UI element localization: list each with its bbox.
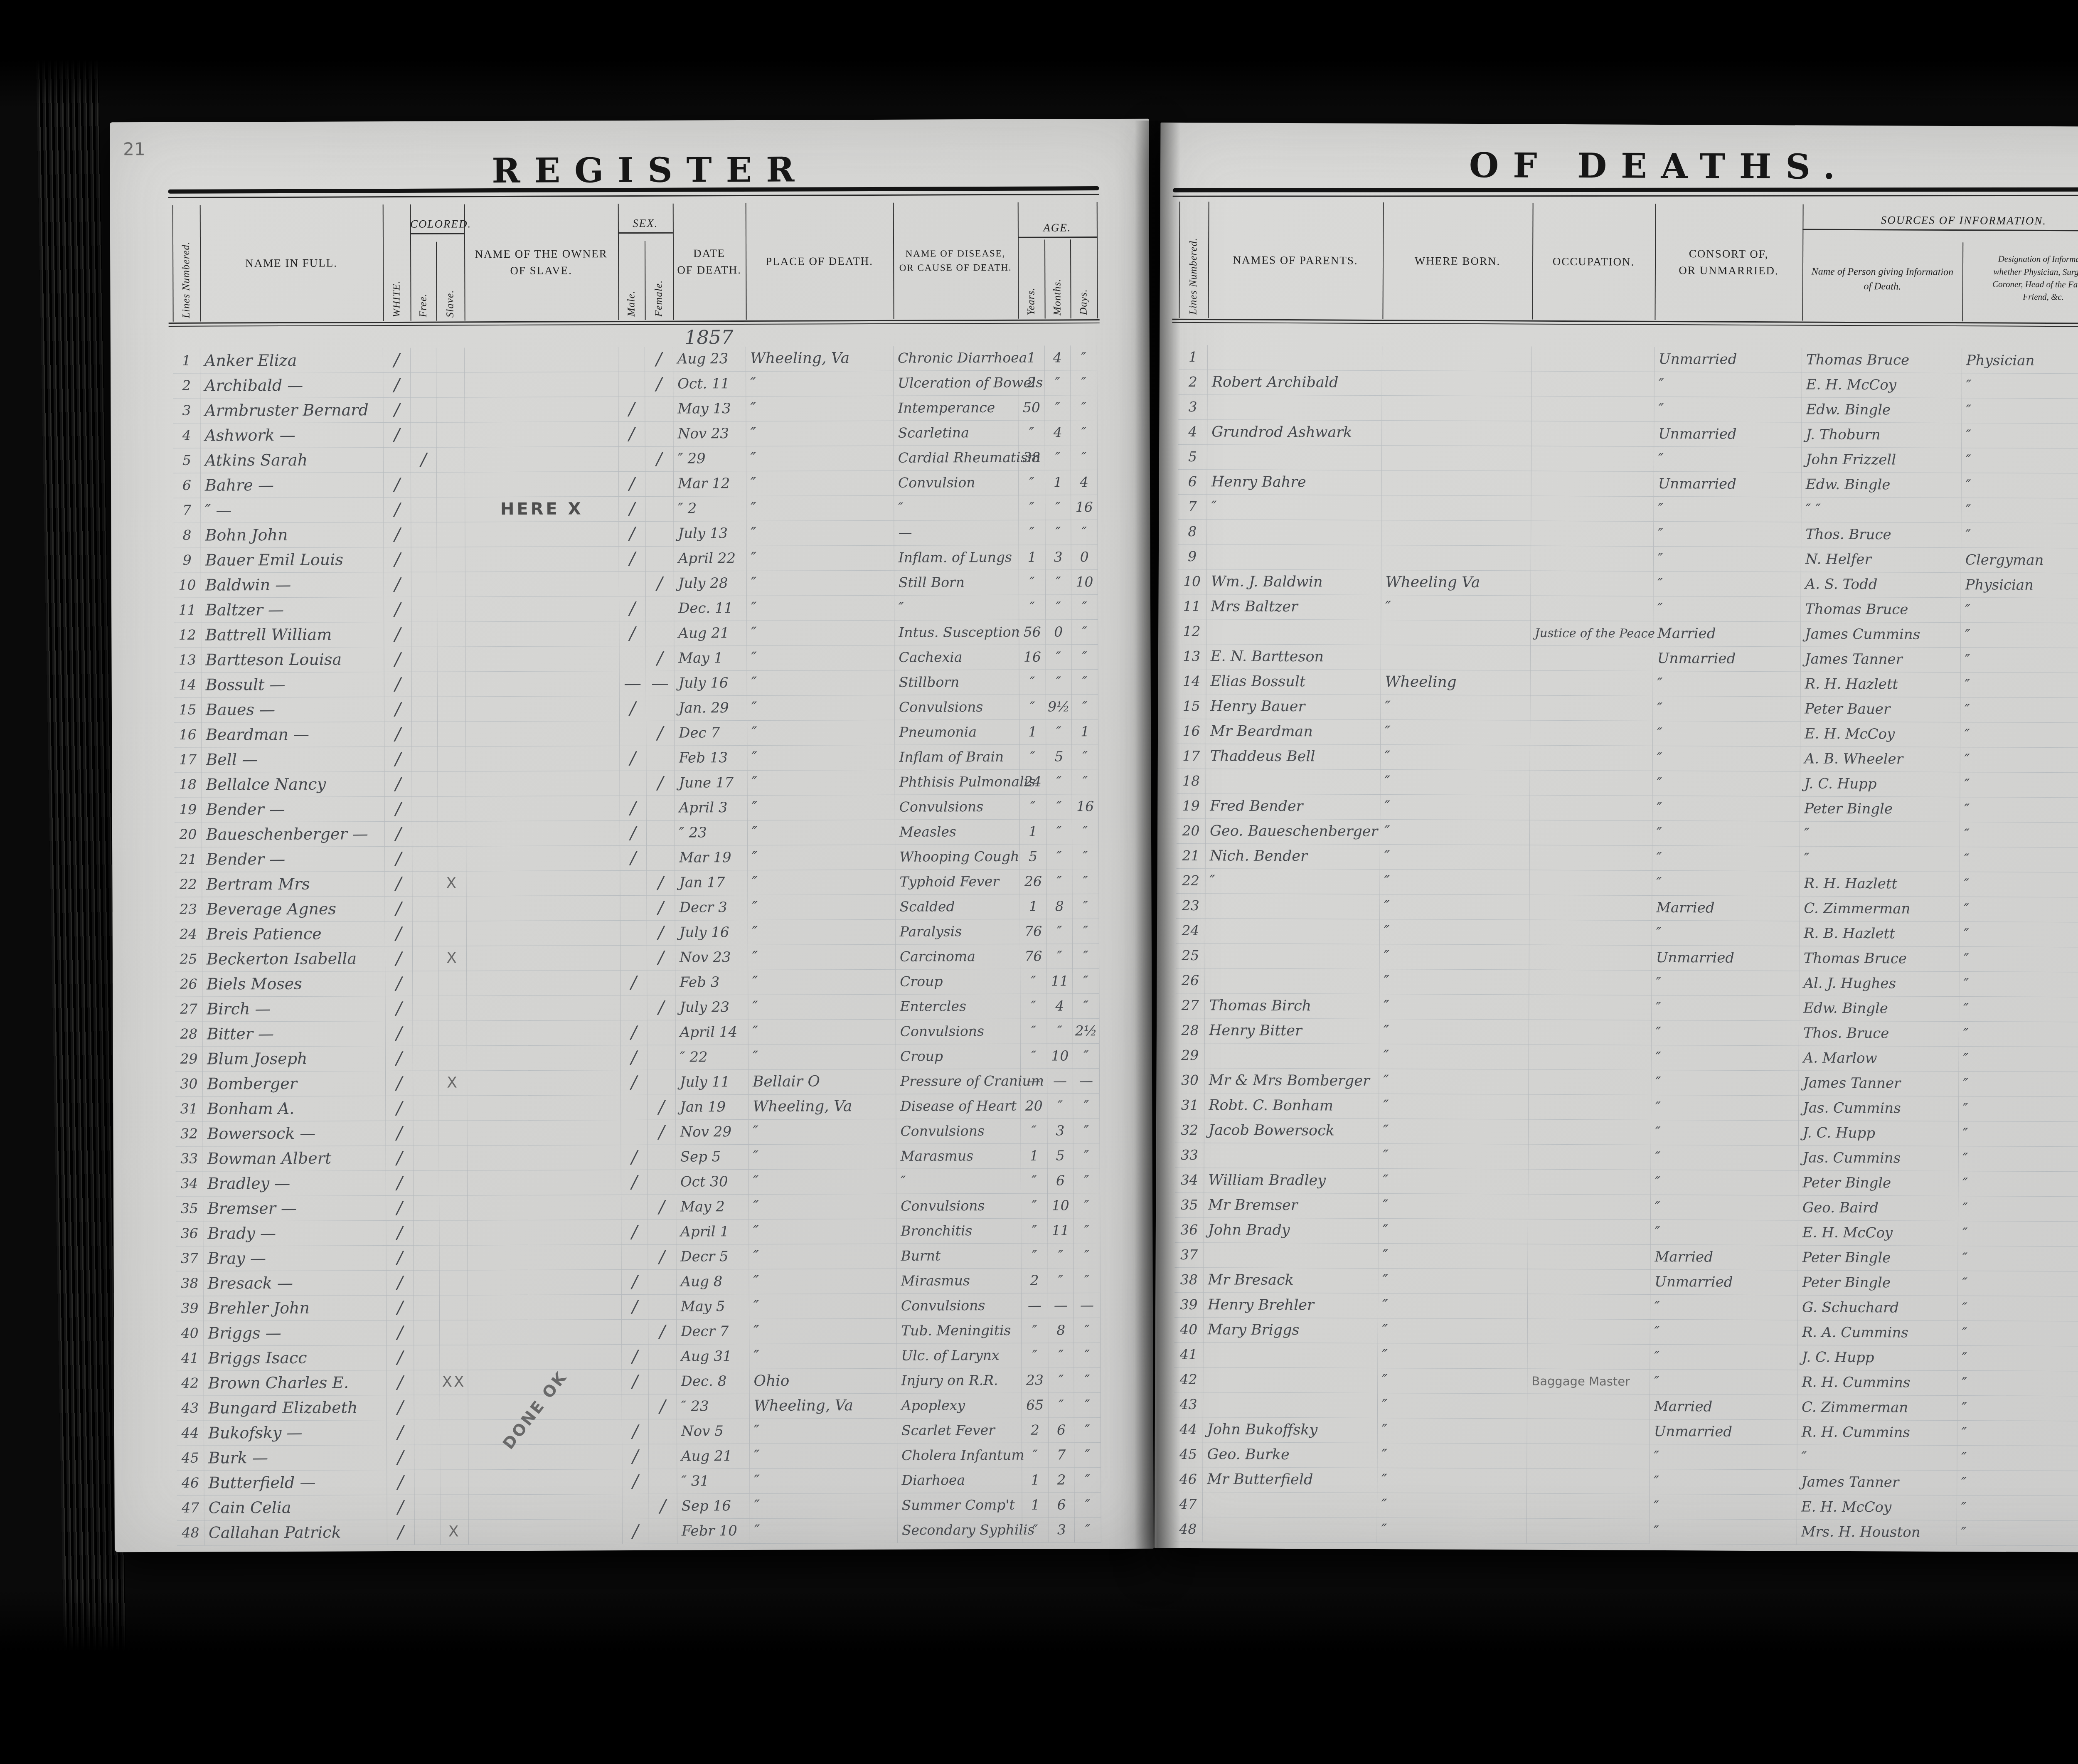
cell-des: ″: [1957, 1346, 2078, 1372]
cell-occ: [1531, 646, 1653, 671]
cell-f: [411, 622, 437, 647]
cell-con: Unmarried: [1654, 422, 1802, 448]
cell-m: [621, 1120, 648, 1145]
cell-f: [411, 373, 436, 398]
cell-ad: ″: [1071, 595, 1098, 620]
cell-am: 10: [1048, 1193, 1073, 1218]
cell-own: [466, 746, 620, 771]
cell-dis: Convulsions: [896, 1194, 1021, 1219]
cell-fe: [648, 1070, 676, 1095]
cell-born: ″: [1380, 894, 1529, 920]
cell-ad: ″: [1073, 1119, 1100, 1143]
cell-inf: Jas. Cummins: [1799, 1096, 1959, 1121]
cell-n: 12: [174, 623, 201, 648]
cell-occ: [1529, 945, 1652, 971]
cell-n: 16: [1177, 719, 1206, 744]
cell-inf: James Cummins: [1801, 622, 1961, 648]
cell-fe: /: [646, 646, 674, 671]
cell-dis: Cachexia: [894, 645, 1019, 670]
cell-inf: Thos. Bruce: [1801, 522, 1961, 548]
cell-f: [412, 722, 438, 747]
cell-occ: [1528, 1269, 1650, 1295]
thin-rule-right: [1173, 195, 2078, 197]
cell-date: June 17: [675, 771, 747, 796]
cell-ad: 0: [1071, 545, 1098, 570]
cell-fe: /: [647, 896, 675, 921]
cell-f: [413, 1071, 439, 1096]
col-owner-of-slave: NAME OF THE OWNER OF SLAVE.: [464, 204, 618, 320]
cell-am: ″: [1046, 719, 1072, 744]
cell-inf: Peter Bingle: [1800, 796, 1960, 822]
cell-par: Henry Bitter: [1205, 1018, 1379, 1044]
cell-par: [1207, 445, 1382, 471]
cell-fe: [646, 621, 674, 646]
cell-fe: /: [647, 921, 675, 946]
cell-own: [465, 397, 618, 422]
cell-s: [439, 1195, 468, 1220]
cell-name: Archibald —: [200, 373, 383, 399]
cell-n: 13: [1177, 644, 1206, 669]
cell-m: /: [619, 596, 646, 621]
cell-des: ″: [1962, 373, 2078, 399]
cell-m: /: [621, 1045, 648, 1070]
cell-date: Febr 10: [677, 1519, 750, 1544]
cell-w: /: [385, 971, 413, 996]
cell-ay: 24: [1019, 770, 1046, 795]
cell-n: 24: [1176, 919, 1205, 944]
cell-des: ″: [1962, 448, 2078, 474]
cell-name: Callahan Patrick: [204, 1520, 387, 1546]
cell-ad: ″: [1073, 1193, 1100, 1218]
cell-par: Grundrod Ashwark: [1207, 420, 1382, 446]
cell-n: 20: [175, 823, 202, 848]
cell-am: 7: [1049, 1443, 1074, 1468]
cell-name: Bomberger: [203, 1071, 386, 1097]
cell-inf: Peter Bingle: [1798, 1170, 1958, 1196]
cell-s: [436, 347, 465, 372]
cell-name: Bresack —: [204, 1271, 387, 1296]
cell-occ: [1532, 372, 1655, 397]
cell-date: May 13: [673, 397, 746, 422]
cell-n: 1: [173, 349, 200, 374]
col-slave: Slave.: [436, 234, 465, 317]
cell-ad: ″: [1073, 1094, 1100, 1119]
cell-born: ″: [1378, 1269, 1528, 1294]
cell-n: 14: [1177, 669, 1206, 694]
cell-name: Burk —: [204, 1445, 387, 1471]
register-left-page: 21 REGISTER Lines Numbered. NAME IN FULL…: [110, 119, 1154, 1552]
cell-occ: [1529, 920, 1652, 946]
cell-own: [465, 522, 619, 547]
cell-n: 3: [1178, 395, 1207, 420]
cell-date: April 22: [674, 546, 747, 572]
cell-n: 17: [1177, 744, 1206, 769]
cell-dis: Pneumonia: [895, 720, 1019, 745]
cell-ad: ″: [1074, 1318, 1101, 1343]
cell-occ: [1529, 1095, 1651, 1120]
cell-am: ″: [1048, 1343, 1074, 1368]
cell-par: [1207, 544, 1381, 570]
cell-name: Beardman —: [202, 722, 384, 748]
cell-ad: ″: [1072, 695, 1098, 719]
cell-dis: Croup: [896, 1044, 1021, 1069]
cell-born: ″: [1379, 1094, 1529, 1120]
cell-des: ″: [1960, 722, 2078, 748]
cell-con: ″: [1651, 1120, 1799, 1146]
cell-ay: ″: [1021, 1019, 1047, 1044]
cell-w: /: [384, 423, 411, 448]
cell-name: Bowman Albert: [203, 1146, 386, 1172]
cell-pl: ″: [750, 1493, 898, 1519]
cell-occ: [1529, 995, 1652, 1020]
cell-des: ″: [1961, 648, 2078, 673]
cell-ay: ″: [1021, 1194, 1048, 1219]
cell-m: [621, 1195, 648, 1220]
register-right-page: OF DEATHS. Lines Numbered. NAMES OF PARE…: [1155, 123, 2078, 1553]
cell-fe: /: [649, 1394, 677, 1419]
cell-des: ″: [1959, 1096, 2078, 1122]
cell-m: [620, 771, 646, 796]
cell-pl: ″: [748, 1119, 896, 1145]
cell-con: ″: [1653, 596, 1801, 622]
cell-par: ″: [1207, 495, 1381, 520]
cell-des: ″: [1957, 1371, 2078, 1397]
cell-born: ″: [1378, 1393, 1527, 1419]
cell-m: [618, 347, 645, 372]
cell-occ: [1531, 471, 1654, 497]
cell-m: /: [619, 497, 645, 522]
cell-par: [1204, 1143, 1379, 1169]
cell-f: [414, 1196, 439, 1221]
cell-own: [468, 1195, 621, 1220]
cell-name: Briggs Isacc: [204, 1345, 387, 1371]
cell-born: ″: [1379, 1194, 1528, 1220]
cell-occ: [1527, 1394, 1650, 1419]
cell-occ: Baggage Master: [1527, 1369, 1650, 1394]
cell-dis: Scarletina: [894, 421, 1019, 446]
cell-par: [1205, 894, 1380, 919]
cell-ay: 76: [1020, 919, 1047, 944]
cell-con: Married: [1650, 1245, 1798, 1271]
cell-con: ″: [1654, 447, 1802, 473]
cell-name: Bukofsky —: [204, 1420, 387, 1446]
cell-n: 13: [174, 648, 201, 673]
cell-dis: ″: [896, 1169, 1021, 1194]
cell-am: ″: [1047, 919, 1073, 944]
cell-par: [1203, 1392, 1378, 1418]
cell-par: John Brady: [1204, 1218, 1379, 1244]
col-years: Years.: [1018, 232, 1045, 315]
cell-ay: 1: [1021, 1144, 1048, 1169]
cell-con: ″: [1650, 1320, 1798, 1345]
cell-w: /: [386, 1146, 414, 1171]
cell-m: —: [620, 671, 646, 696]
col-where-born: WHERE BORN.: [1382, 202, 1532, 320]
cell-pl: ″: [747, 745, 895, 771]
cell-fe: /: [648, 1095, 676, 1120]
cell-s: [437, 422, 465, 447]
cell-pl: ″: [749, 1169, 896, 1195]
cell-occ: [1530, 721, 1653, 746]
cell-fe: /: [645, 447, 674, 472]
photo-of-register-book: 21 REGISTER Lines Numbered. NAME IN FULL…: [0, 0, 2078, 1764]
cell-w: /: [385, 797, 412, 822]
cell-date: April 3: [675, 796, 748, 821]
cell-name: Bertram Mrs: [202, 872, 385, 897]
cell-ay: ″: [1022, 1443, 1049, 1468]
cell-s: [440, 1420, 468, 1445]
cell-name: Brown Charles E.: [204, 1370, 387, 1396]
cell-own: [469, 1494, 623, 1520]
cell-am: ″: [1046, 819, 1072, 844]
cell-ay: ″: [1021, 1244, 1048, 1269]
cell-am: 6: [1049, 1418, 1074, 1443]
cell-con: ″: [1651, 1070, 1799, 1096]
cell-ay: 1: [1020, 820, 1046, 845]
cell-inf: James Tanner: [1797, 1470, 1957, 1495]
cell-ay: ″: [1019, 595, 1046, 620]
cell-inf: R. H. Cummins: [1797, 1420, 1957, 1446]
cell-n: 16: [174, 723, 202, 748]
cell-name: Anker Eliza: [200, 348, 383, 374]
cell-des: ″: [1962, 473, 2078, 499]
col-male: Male.: [618, 234, 645, 317]
cell-inf: Peter Bingle: [1798, 1270, 1958, 1296]
cell-f: [411, 597, 437, 622]
cell-dis: Convulsions: [896, 1019, 1021, 1045]
cell-own: [465, 447, 619, 472]
cell-con: ″: [1654, 497, 1801, 522]
cell-occ: [1527, 1344, 1650, 1370]
cell-ay: ″: [1021, 1119, 1047, 1144]
cell-fe: [648, 1045, 676, 1070]
cell-con: ″: [1653, 671, 1800, 697]
cell-w: /: [387, 1296, 414, 1321]
right-table-header: Lines Numbered. NAMES OF PARENTS. WHERE …: [1179, 202, 2078, 322]
cell-occ: [1531, 421, 1654, 447]
cell-ay: ″: [1020, 795, 1046, 820]
cell-ad: ″: [1071, 370, 1097, 395]
cell-w: /: [385, 921, 413, 946]
cell-ay: —: [1021, 1069, 1047, 1094]
cell-con: ″: [1650, 1295, 1798, 1321]
cell-ad: ″: [1072, 744, 1098, 769]
cell-s: [438, 746, 466, 771]
cell-n: 21: [175, 848, 202, 872]
cell-pl: ″: [749, 1219, 896, 1244]
cell-fe: [648, 1295, 677, 1320]
cell-ay: 1: [1019, 720, 1046, 745]
cell-n: 23: [175, 897, 202, 922]
cell-inf: ″: [1800, 821, 1960, 847]
cell-born: [1381, 645, 1531, 671]
cell-date: Decr 3: [675, 895, 748, 921]
cell-w: /: [384, 597, 411, 622]
heavy-rule-right: [1173, 187, 2078, 192]
cell-date: April 14: [676, 1020, 748, 1045]
cell-ad: 2½: [1073, 1019, 1100, 1044]
cell-name: Bonham A.: [203, 1096, 386, 1122]
cell-date: Jan 17: [675, 870, 748, 896]
cell-own: [466, 846, 620, 871]
cell-pl: Wheeling, Va: [748, 1094, 896, 1120]
cell-des: ″: [1958, 1321, 2078, 1347]
col-months: Months.: [1044, 232, 1071, 315]
cell-f: [414, 1171, 439, 1196]
cell-con: ″: [1652, 796, 1800, 822]
cell-n: 40: [176, 1321, 204, 1346]
cell-fe: [648, 1145, 676, 1170]
cell-ay: 1: [1022, 1468, 1049, 1493]
cell-ad: 16: [1072, 794, 1099, 819]
cell-ad: ″: [1072, 819, 1099, 844]
cell-des: ″: [1959, 1121, 2078, 1147]
cell-con: ″: [1654, 547, 1801, 572]
cell-occ: [1527, 1519, 1650, 1544]
cell-ad: —: [1074, 1293, 1101, 1318]
cell-ay: ″: [1019, 471, 1045, 495]
cell-ay: ″: [1020, 969, 1047, 994]
cell-des: ″: [1961, 623, 2078, 648]
cell-inf: ″: [1797, 1445, 1957, 1471]
cell-m: /: [619, 522, 645, 547]
cell-w: /: [387, 1370, 414, 1395]
cell-fe: [648, 1370, 677, 1394]
cell-n: 27: [175, 997, 202, 1022]
cell-par: Elias Bossult: [1206, 669, 1381, 695]
cell-own: [466, 871, 620, 896]
cell-w: /: [387, 1495, 415, 1520]
cell-name: Bahre —: [201, 473, 384, 498]
cell-fe: [645, 472, 674, 497]
cell-m: /: [620, 696, 646, 721]
cell-par: Thaddeus Bell: [1206, 744, 1381, 770]
cell-f: [413, 897, 438, 921]
cell-des: ″: [1959, 1072, 2078, 1097]
cell-con: ″: [1651, 1145, 1799, 1171]
cell-ay: ″: [1019, 745, 1046, 770]
cell-des: ″: [1958, 1171, 2078, 1197]
cell-des: ″: [1957, 1520, 2078, 1546]
cell-f: [412, 672, 438, 697]
cell-con: ″: [1652, 995, 1799, 1021]
cell-dis: Intemperance: [894, 396, 1018, 421]
cell-f: [414, 1321, 440, 1345]
cell-ad: ″: [1075, 1518, 1101, 1542]
cell-fe: [645, 522, 674, 547]
cell-n: 18: [1177, 769, 1206, 794]
cell-am: 0: [1046, 620, 1071, 645]
cell-own: [465, 646, 619, 672]
col-female: Female.: [645, 234, 673, 317]
cell-ay: ″: [1022, 1318, 1048, 1343]
cell-inf: Thomas Bruce: [1800, 946, 1960, 972]
cell-fe: [649, 1519, 677, 1544]
cell-s: [437, 547, 465, 572]
cell-inf: James Tanner: [1801, 647, 1961, 673]
cell-inf: Peter Bauer: [1800, 697, 1960, 722]
cell-own: [467, 921, 620, 946]
cell-pl: ″: [748, 895, 896, 920]
cell-born: ″: [1380, 944, 1529, 970]
cell-born: ″: [1379, 1044, 1529, 1070]
cell-des: ″: [1959, 1047, 2078, 1072]
cell-born: ″: [1379, 1219, 1528, 1244]
cell-born: ″: [1377, 1468, 1527, 1494]
cell-con: ″: [1650, 1345, 1797, 1370]
cell-fe: [645, 497, 674, 522]
cell-born: [1382, 346, 1532, 372]
cell-am: ″: [1046, 769, 1072, 794]
cell-pl: ″: [747, 546, 894, 571]
cell-own: [467, 995, 620, 1021]
cell-own: [465, 621, 619, 647]
cell-ad: ″: [1074, 1393, 1101, 1418]
cell-occ: [1529, 1020, 1652, 1045]
cell-inf: R. H. Hazlett: [1800, 871, 1960, 897]
cell-am: ″: [1045, 395, 1071, 420]
cell-s: [437, 597, 465, 622]
cell-pl: ″: [748, 820, 895, 845]
cell-n: 22: [175, 872, 202, 897]
cell-fe: [647, 821, 675, 846]
cell-s: [437, 447, 465, 472]
cell-f: [411, 547, 437, 572]
col-days: Days.: [1070, 232, 1097, 315]
cell-s: [437, 472, 465, 497]
cell-con: Unmarried: [1650, 1270, 1798, 1296]
cell-par: [1205, 944, 1380, 969]
cell-date: July 13: [674, 521, 746, 547]
cell-m: /: [621, 1170, 648, 1195]
cell-occ: [1530, 696, 1653, 721]
cell-am: 6: [1048, 1168, 1073, 1193]
cell-am: 5: [1048, 1143, 1073, 1168]
cell-w: /: [384, 473, 411, 498]
cell-occ: [1531, 521, 1654, 547]
cell-par: Geo. Baueschenberger: [1206, 819, 1380, 845]
cell-own: [468, 1345, 622, 1370]
cell-inf: Thos. Bruce: [1799, 1021, 1959, 1047]
cell-am: ″: [1045, 495, 1071, 520]
cell-own: [468, 1320, 622, 1345]
cell-fe: [648, 1220, 676, 1245]
cell-ad: ″: [1074, 1468, 1101, 1493]
cell-inf: E. H. McCoy: [1798, 1220, 1958, 1246]
cell-name: Beverage Agnes: [202, 897, 385, 922]
cell-own: [468, 1245, 621, 1270]
cell-ad: 4: [1071, 470, 1098, 495]
col-informant: Name of Person giving Information of Dea…: [1802, 241, 1962, 317]
cell-name: Battrell William: [201, 622, 384, 648]
cell-inf: J. C. Hupp: [1800, 771, 1960, 797]
cell-des: ″: [1960, 772, 2078, 798]
cell-n: 19: [1177, 794, 1206, 819]
cell-inf: Edw. Bingle: [1799, 996, 1959, 1022]
cell-date: May 1: [674, 646, 747, 671]
cell-s: [439, 1096, 467, 1121]
cell-dis: Scalded: [896, 894, 1020, 920]
cell-pl: ″: [746, 396, 894, 421]
cell-pl: ″: [750, 1468, 897, 1494]
cell-ad: 1: [1072, 719, 1098, 744]
cell-fe: /: [649, 1494, 677, 1519]
cell-own: [465, 572, 619, 597]
cell-par: Henry Bahre: [1207, 470, 1382, 495]
cell-con: ″: [1651, 1095, 1799, 1121]
cell-date: Feb 13: [675, 746, 747, 771]
cell-f: [413, 1121, 439, 1146]
